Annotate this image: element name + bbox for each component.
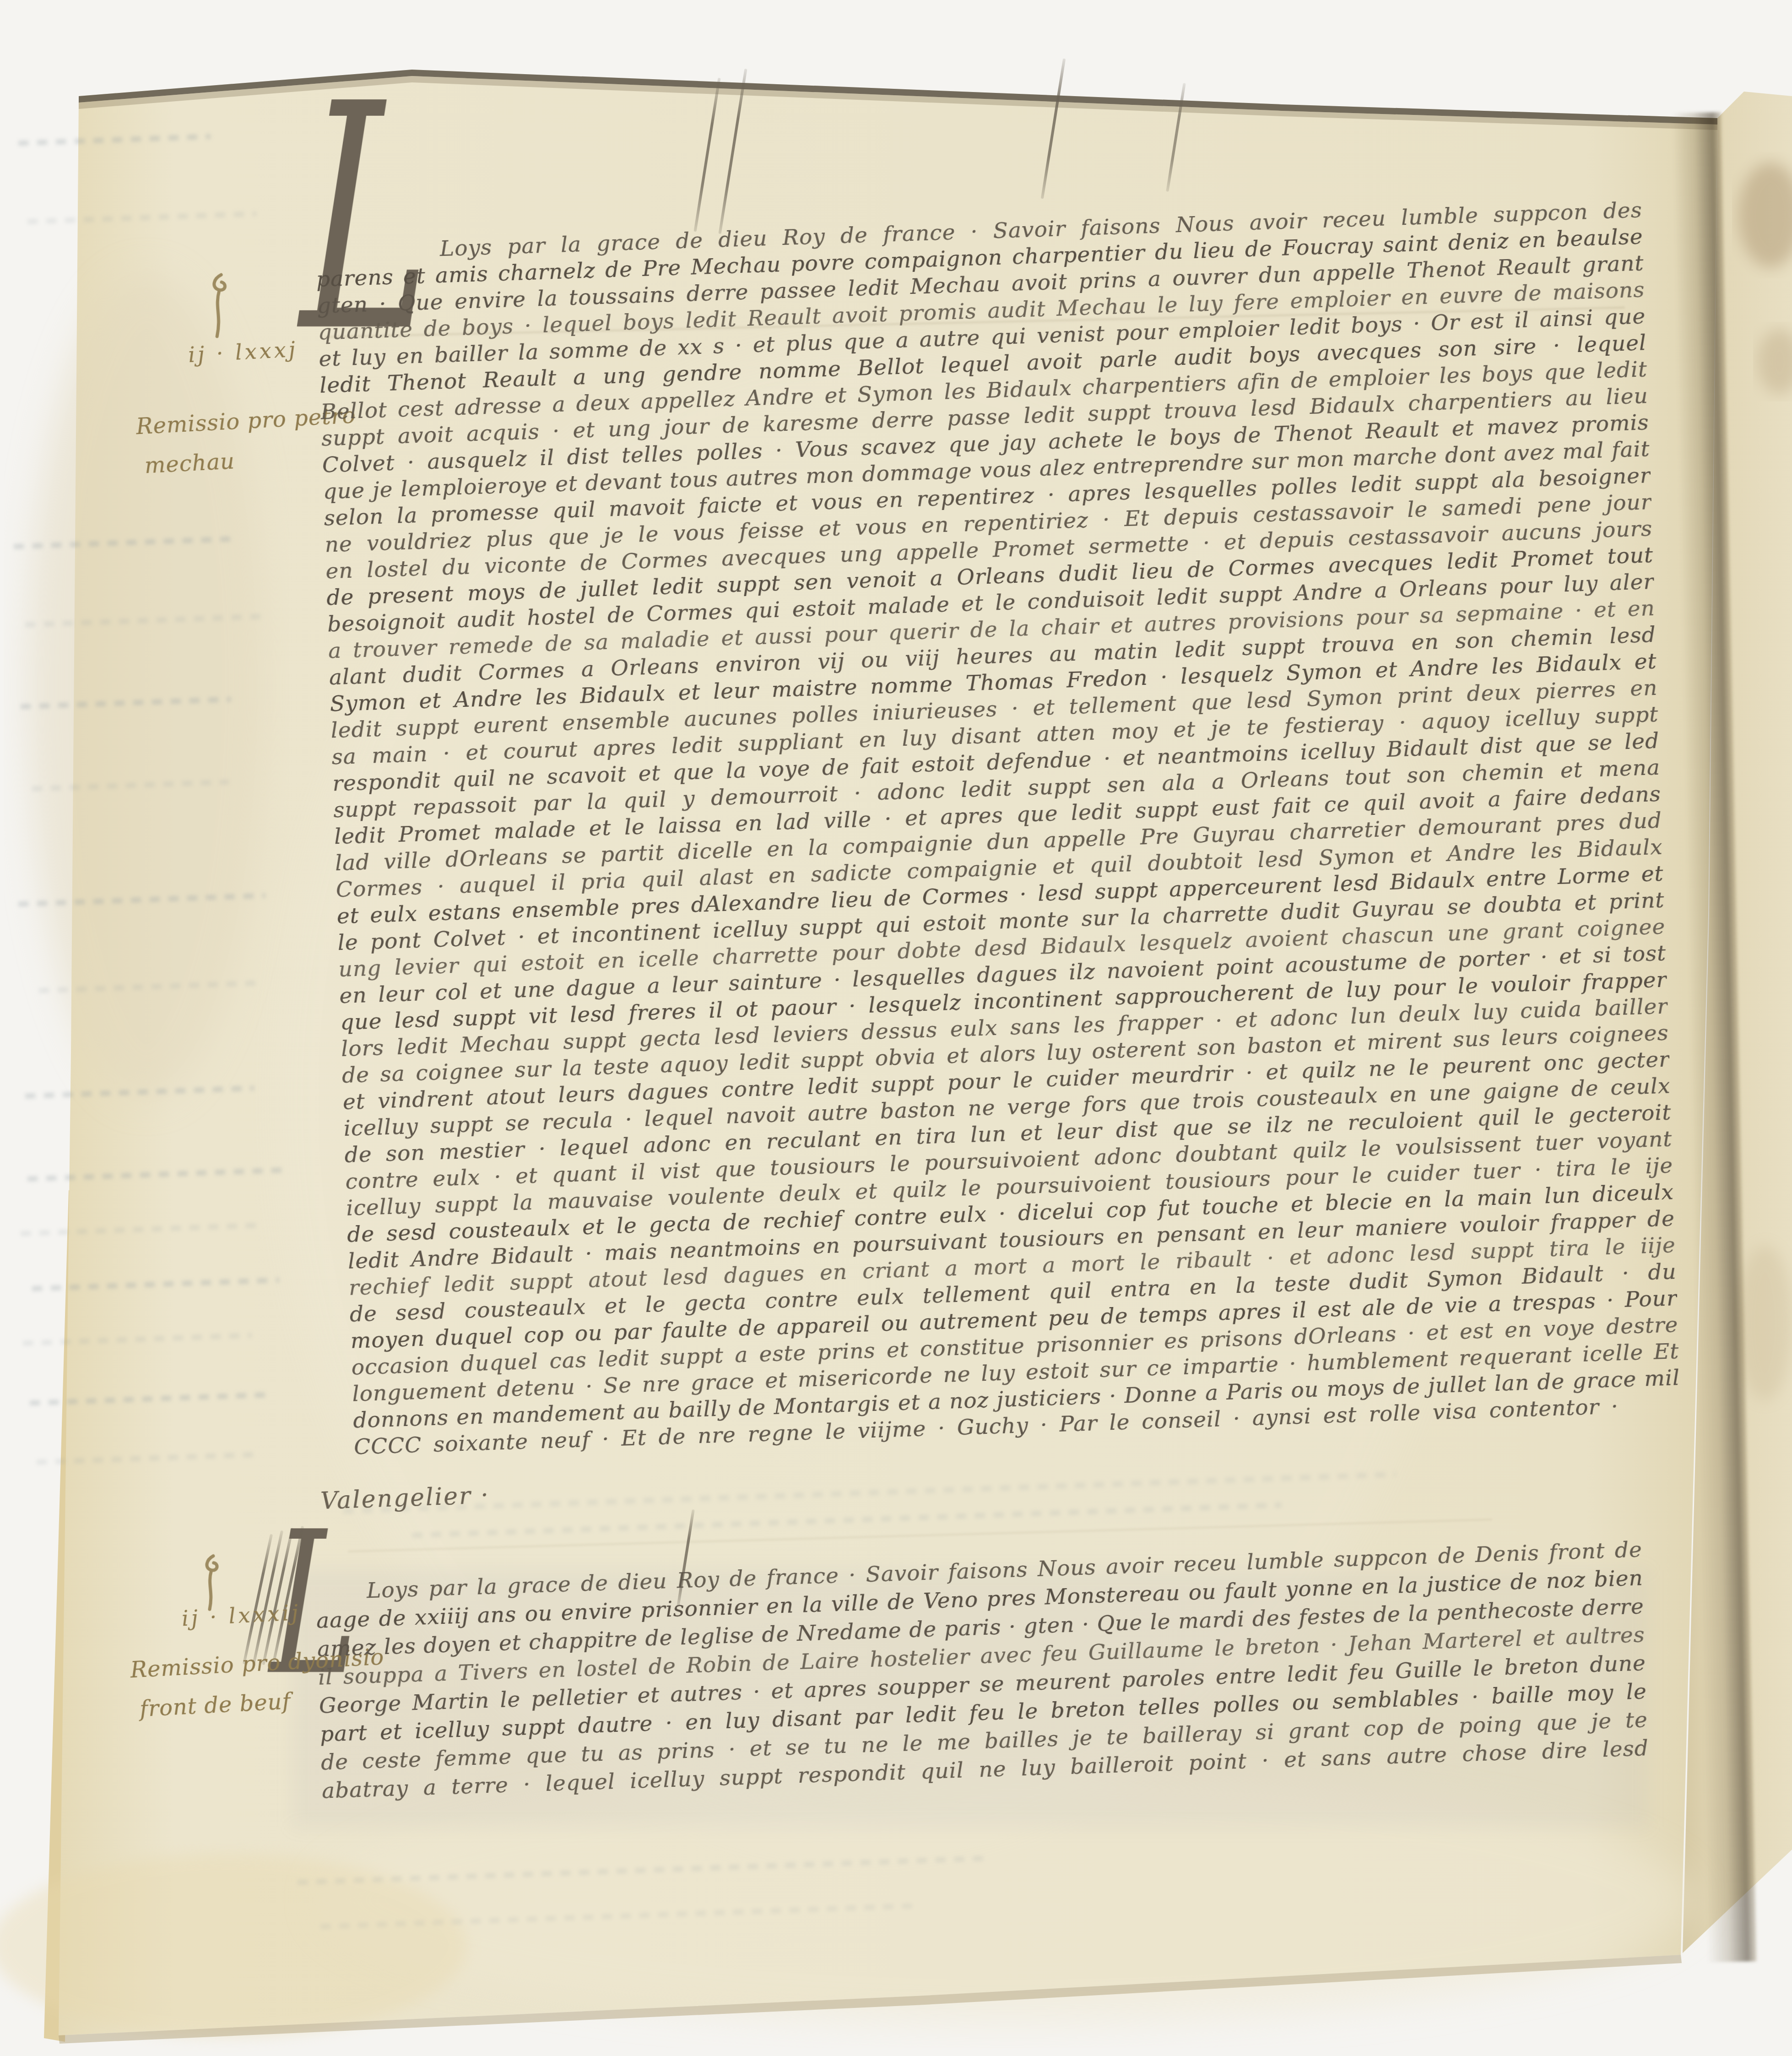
margin-rubric: mechau bbox=[144, 448, 235, 478]
margin-rubric: front de beuf bbox=[139, 1688, 292, 1722]
letter1-text-block: Loys par la grace de dieu Roy de france … bbox=[315, 197, 1681, 1460]
letter2-text-block: Loys par la grace de dieu Roy de france … bbox=[315, 1535, 1649, 1805]
paraph-mark-icon bbox=[204, 271, 239, 341]
margin-numeral: ij · lxxxj bbox=[188, 337, 298, 367]
manuscript-scan: { "scan": { "background_color": "#f5f4f1… bbox=[0, 0, 1792, 2056]
